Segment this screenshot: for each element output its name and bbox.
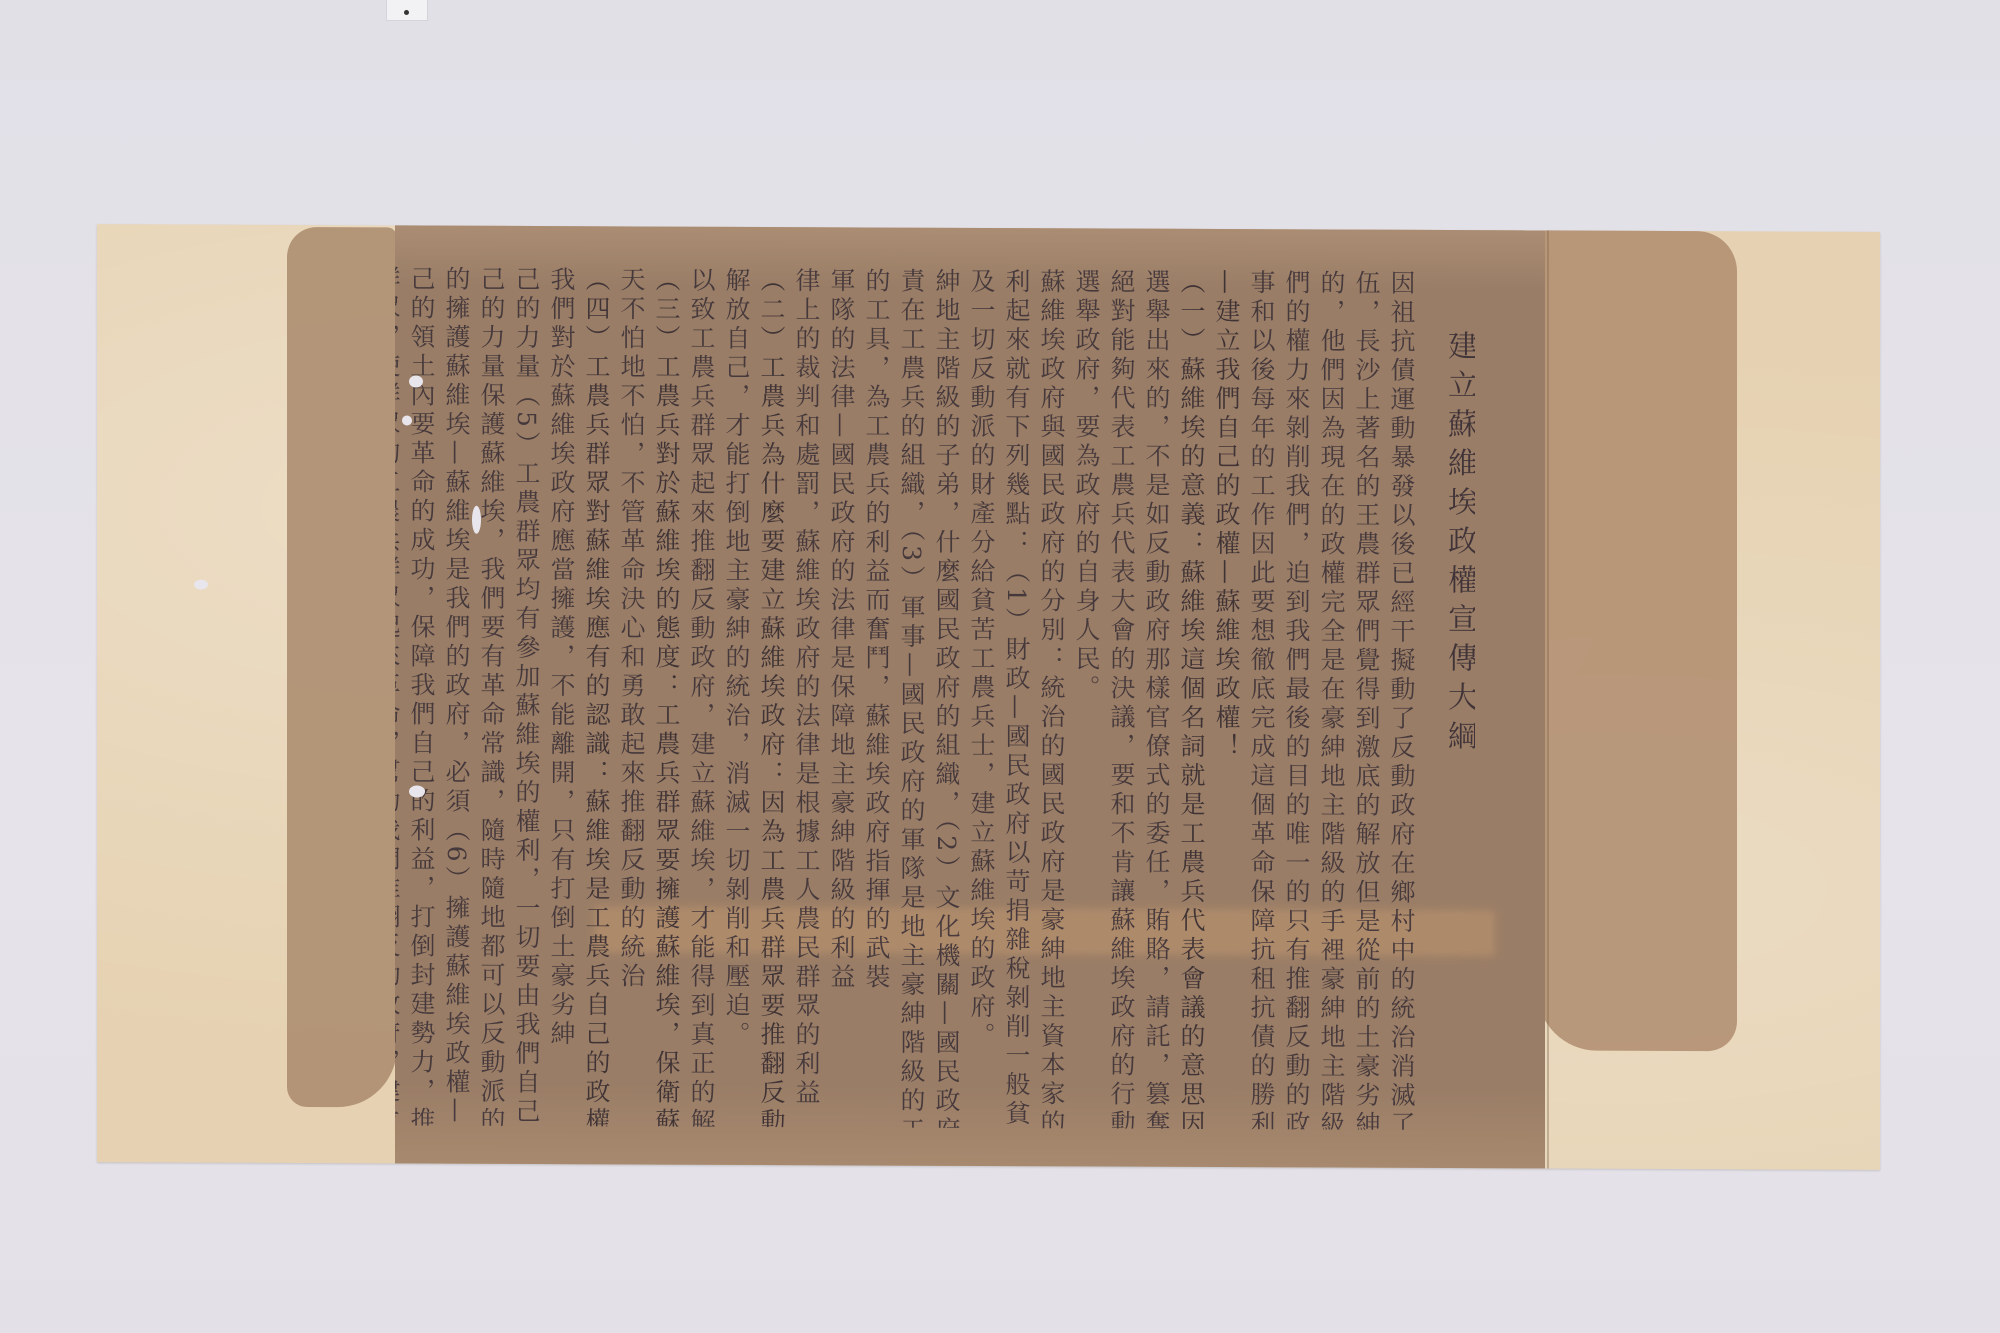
text-column: 選舉政府，要為政府的自身人民。 — [1071, 268, 1102, 1128]
text-column: 責在工農兵的組織，（3）軍事—國民政府的軍隊是地主豪紳階級的工具，蘇維埃政府則是… — [896, 268, 927, 1128]
text-column: 軍隊的法律—國民政府的法律是保障地主豪紳階級的利益 — [826, 267, 857, 1127]
text-column: 的，他們因為現在的政權完全是在豪紳地主階級的手裡豪紳地主階級掌握政權當然對於我們… — [1316, 269, 1347, 1129]
text-columns: 建立蘇維埃政權宣傳大綱 因祖抗債運動暴發以後已經干擬動了反動政府在鄉村中的統治消… — [395, 265, 1475, 1130]
paper-hole — [402, 415, 412, 425]
section-heading: （一）蘇維埃的意義：蘇維埃這個名詞就是工農兵代表會議的意思因為在蘇維埃政府辦事的… — [1176, 269, 1207, 1129]
paper-hole — [194, 580, 208, 590]
text-column: 及一切反動派的財產分給貧苦工農兵士，建立蘇維埃的政府。 — [966, 268, 997, 1128]
text-column: 己的力量保護蘇維埃，我們要有革命常識，隨時隨地都可以反動派的作戰 — [476, 266, 507, 1126]
paper-hole — [472, 506, 481, 534]
text-column: 群眾，使群眾的工農兵群眾起來革命，幫助我們推翻反動政府，建立自己的政府—蘇維埃政… — [395, 265, 402, 1125]
document-title: 建立蘇維埃政權宣傳大綱 — [1435, 330, 1475, 1130]
water-stain-left — [287, 227, 397, 1107]
fold-line — [1547, 230, 1549, 1168]
text-panel: 建立蘇維埃政權宣傳大綱 因祖抗債運動暴發以後已經干擬動了反動政府在鄉村中的統治消… — [395, 225, 1545, 1168]
text-column: —建立我們自己的政權—蘇維埃政權！ — [1211, 269, 1242, 1129]
manuscript-sheet: 建立蘇維埃政權宣傳大綱 因祖抗債運動暴發以後已經干擬動了反動政府在鄉村中的統治消… — [97, 224, 1880, 1170]
text-column: 絕對能夠代表工農兵代表大會的決議，要和不肯讓蘇維埃政府的行動就是工農兵們的行動，… — [1106, 269, 1137, 1129]
text-column: 伍，長沙上著名的王農群眾們覺得到激底的解放但是從前的土豪劣紳和階級兩方面組織起來… — [1351, 270, 1382, 1130]
text-column: 選舉出來的，不是如反動政府那樣官僚式的委任，賄賂，請託，篡奪，蘇維埃的工農兵代表… — [1141, 269, 1172, 1129]
paper-hole — [409, 785, 425, 797]
paper-hole — [409, 375, 423, 387]
text-column: 天不怕地不怕，不管革命決心和勇敢起來推翻反動的統治 — [616, 266, 647, 1126]
text-column: 事和以後每年的工作因此要想徹底完成這個革命保障抗租抗債的勝利達到我們最後的目的唯… — [1246, 269, 1277, 1129]
text-column: 因祖抗債運動暴發以後已經干擬動了反動政府在鄉村中的統治消滅了反動政府的一切下層組… — [1386, 270, 1417, 1130]
text-column: 以致工農兵群眾起來推翻反動政府，建立蘇維埃，才能得到真正的解放和自由。 — [686, 267, 717, 1127]
text-column: 我們對於蘇維埃政府應當擁護，不能離開，只有打倒土豪劣紳 — [546, 266, 577, 1126]
section-heading: （二）工農兵為什麼要建立蘇維埃政府：因為工農兵群眾要推翻反動政府，建立自己的政府… — [756, 267, 787, 1127]
text-column: 解放自己，才能打倒地主豪紳的統治，消滅一切剝削和壓迫。 — [721, 267, 752, 1127]
text-column: 的工具，為工農兵的利益而奮鬥，蘇維埃政府指揮的武裝 — [861, 267, 892, 1127]
water-stain-right — [1537, 230, 1737, 1051]
text-column: 己的領土內要革命的成功，保障我們自己的利益，打倒封建勢力，推翻一切反動的政府 — [406, 265, 437, 1125]
text-column: 己的力量（5）工農群眾均有參加蘇維埃的權利，一切要由我們自己做主 — [511, 266, 542, 1126]
text-column: 蘇維埃政府與國民政府的分別：統治的國民政府是豪紳地主資本家的政府，蘇維埃政府是工… — [1036, 268, 1067, 1128]
text-column: 利起來就有下列幾點：（1）財政—國民政府以苛捐雜稅剝削一般貧苦民眾，蘇維埃政府則… — [1001, 268, 1032, 1128]
section-heading: （四）工農兵群眾對蘇維埃應有的認識：蘇維埃是工農兵自己的政權 — [581, 266, 612, 1126]
specimen-tag — [386, 0, 428, 21]
section-heading: （三）工農兵對於蘇維埃的態度：工農兵群眾要擁護蘇維埃，保衛蘇維埃，參加蘇維埃的一… — [651, 267, 682, 1127]
text-column: 律上的裁判和處罰，蘇維埃政府的法律是根據工人農民群眾的利益 — [791, 267, 822, 1127]
text-column: 紳地主階級的子弟，什麼國民政府的組織，（2）文化機關—國民政府的教材完全是麻醉青… — [931, 268, 962, 1128]
text-column: 們的權力來剝削我們，迫到我們最後的目的唯一的只有推翻反動的政權 — [1281, 269, 1312, 1129]
text-column: 的擁護蘇維埃—蘇維埃是我們的政府，必須（6）擁護蘇維埃政權—我們要參加大會 — [441, 266, 472, 1126]
